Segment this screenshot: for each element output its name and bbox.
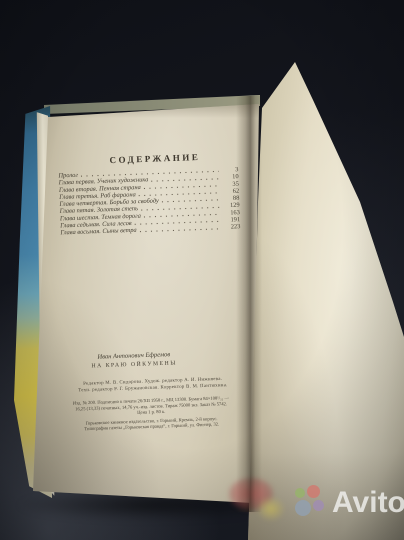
avito-logo-purple-circle <box>313 500 324 511</box>
toc-list: Пролог 3 Глава первая. Ученик художника … <box>58 166 240 237</box>
left-page: СОДЕРЖАНИЕ Пролог 3 Глава первая. Ученик… <box>30 102 260 506</box>
avito-wordmark: Avito <box>332 484 404 522</box>
book-photo-scene: СОДЕРЖАНИЕ Пролог 3 Глава первая. Ученик… <box>0 0 404 540</box>
avito-logo-red-circle <box>307 485 320 498</box>
right-page <box>243 56 404 540</box>
left-page-content: СОДЕРЖАНИЕ Пролог 3 Глава первая. Ученик… <box>23 98 267 510</box>
avito-logo-icon <box>294 484 328 522</box>
dot-leader <box>139 228 221 233</box>
toc-entry-label: Глава восьмая. Сыны ветра <box>60 226 136 236</box>
gutter-shadow <box>236 96 262 512</box>
editors-block: Редактор М. В. Сидорова. Худож. редактор… <box>48 374 258 394</box>
avito-logo-green-circle <box>295 488 305 498</box>
author-block: Иван Антонович Ефремов НА КРАЮ ОЙКУМЕНЫ <box>44 348 224 370</box>
avito-logo-blue-circle <box>295 500 311 516</box>
imprint-block: Изд. № 200. Подписано к печати 26/XII 19… <box>43 394 259 433</box>
toc-title: СОДЕРЖАНИЕ <box>85 151 225 166</box>
avito-watermark: Avito <box>294 484 404 522</box>
